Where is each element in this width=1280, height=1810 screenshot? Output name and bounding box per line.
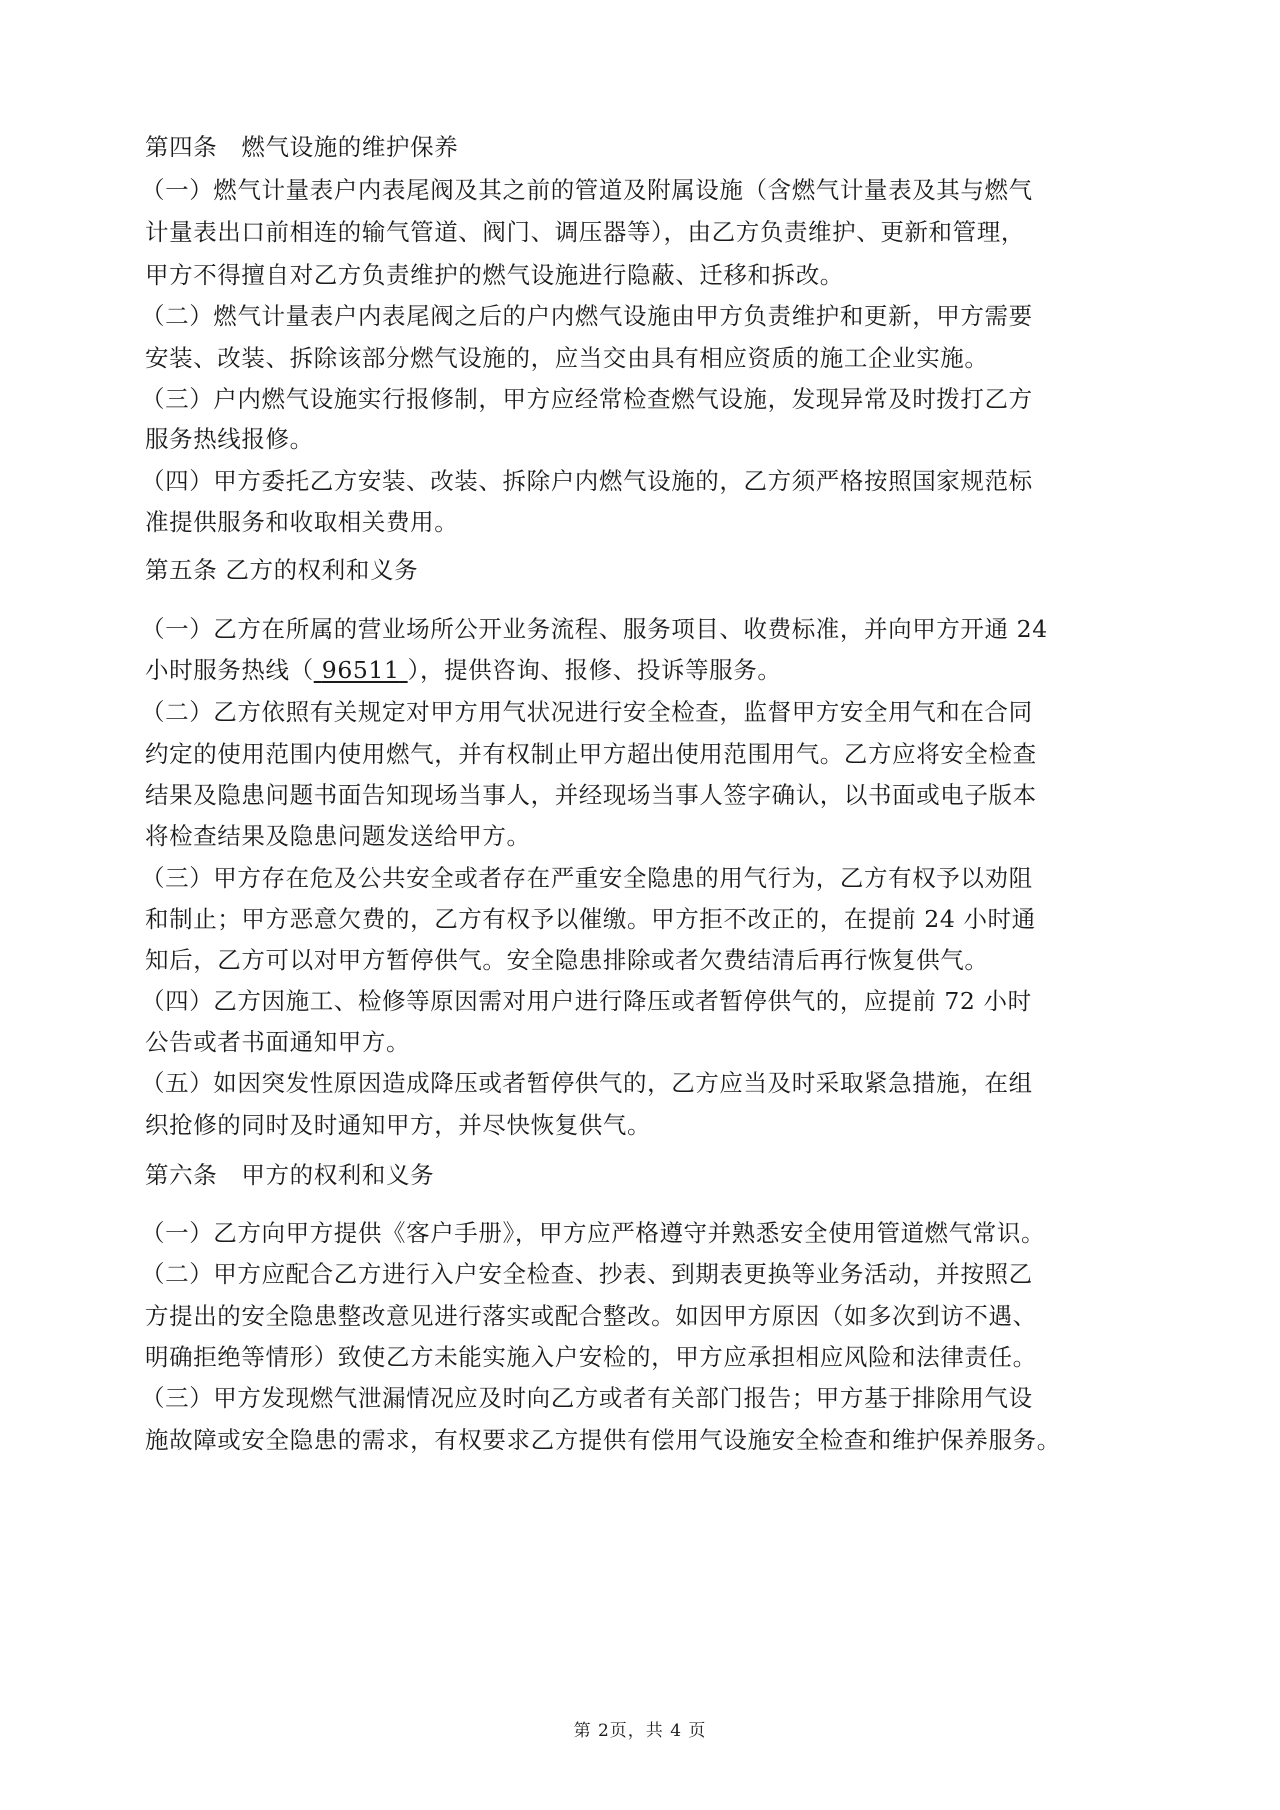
paragraph-line: （二）乙方依照有关规定对甲方用气状况进行安全检查，监督甲方安全用气和在合同 (141, 695, 1033, 729)
page-number-footer: 第 2页，共 4 页 (0, 1716, 1280, 1741)
paragraph-line: 安装、改装、拆除该部分燃气设施的，应当交由具有相应资质的施工企业实施。 (145, 341, 989, 375)
paragraph-line: 明确拒绝等情形）致使乙方未能实施入户安检的，甲方应承担相应风险和法律责任。 (145, 1340, 1037, 1374)
paragraph-line: （五）如因突发性原因造成降压或者暂停供气的，乙方应当及时采取紧急措施，在组 (141, 1066, 1033, 1100)
section-heading-article-5: 第五条 乙方的权利和义务 (145, 553, 418, 587)
paragraph-line: 甲方不得擅自对乙方负责维护的燃气设施进行隐蔽、迁移和拆改。 (145, 258, 844, 292)
document-page: 第四条 燃气设施的维护保养 （一）燃气计量表户内表尾阀及其之前的管道及附属设施（… (0, 0, 1280, 1810)
paragraph-line: 结果及隐患问题书面告知现场当事人，并经现场当事人签字确认，以书面或电子版本 (145, 778, 1037, 812)
paragraph-line: （二）甲方应配合乙方进行入户安全检查、抄表、到期表更换等业务活动，并按照乙 (141, 1257, 1033, 1291)
hotline-line: 小时服务热线（ 96511 ），提供咨询、报修、投诉等服务。 (145, 653, 781, 687)
section-heading-article-6: 第六条 甲方的权利和义务 (145, 1158, 434, 1192)
paragraph-line: 和制止；甲方恶意欠费的，乙方有权予以催缴。甲方拒不改正的，在提前 24 小时通 (145, 902, 1036, 936)
paragraph-line: （三）户内燃气设施实行报修制，甲方应经常检查燃气设施，发现异常及时拨打乙方 (141, 382, 1033, 416)
paragraph-line: （一）燃气计量表户内表尾阀及其之前的管道及附属设施（含燃气计量表及其与燃气 (141, 173, 1033, 207)
paragraph-line: （四）甲方委托乙方安装、改装、拆除户内燃气设施的，乙方须严格按照国家规范标 (141, 464, 1033, 498)
section-heading-article-4: 第四条 燃气设施的维护保养 (145, 130, 458, 164)
paragraph-line: （四）乙方因施工、检修等原因需对用户进行降压或者暂停供气的，应提前 72 小时 (141, 984, 1032, 1018)
paragraph-line: 准提供服务和收取相关费用。 (145, 505, 458, 539)
paragraph-line: （一）乙方在所属的营业场所公开业务流程、服务项目、收费标准，并向甲方开通 24 (141, 612, 1048, 646)
hotline-number: 96511 (314, 656, 408, 684)
paragraph-line: （一）乙方向甲方提供《客户手册》，甲方应严格遵守并熟悉安全使用管道燃气常识。 (141, 1216, 1045, 1250)
paragraph-line: 公告或者书面通知甲方。 (145, 1025, 410, 1059)
paragraph-line: 约定的使用范围内使用燃气，并有权制止甲方超出使用范围用气。乙方应将安全检查 (145, 737, 1037, 771)
paragraph-line: （三）甲方发现燃气泄漏情况应及时向乙方或者有关部门报告；甲方基于排除用气设 (141, 1381, 1033, 1415)
paragraph-line: 施故障或安全隐患的需求，有权要求乙方提供有偿用气设施安全检查和维护保养服务。 (145, 1423, 1061, 1457)
paragraph-line: 知后，乙方可以对甲方暂停供气。安全隐患排除或者欠费结清后再行恢复供气。 (145, 943, 989, 977)
paragraph-line: 计量表出口前相连的输气管道、阀门、调压器等），由乙方负责维护、更新和管理， (145, 215, 1025, 249)
hotline-suffix: ），提供咨询、报修、投诉等服务。 (408, 656, 782, 684)
paragraph-line: 方提出的安全隐患整改意见进行落实或配合整改。如因甲方原因（如多次到访不遇、 (145, 1299, 1037, 1333)
paragraph-line: 服务热线报修。 (145, 422, 314, 456)
paragraph-line: 将检查结果及隐患问题发送给甲方。 (145, 819, 531, 853)
paragraph-line: 织抢修的同时及时通知甲方，并尽快恢复供气。 (145, 1108, 651, 1142)
paragraph-line: （二）燃气计量表户内表尾阀之后的户内燃气设施由甲方负责维护和更新，甲方需要 (141, 299, 1033, 333)
paragraph-line: （三）甲方存在危及公共安全或者存在严重安全隐患的用气行为，乙方有权予以劝阻 (141, 861, 1033, 895)
hotline-prefix: 小时服务热线（ (145, 656, 314, 684)
